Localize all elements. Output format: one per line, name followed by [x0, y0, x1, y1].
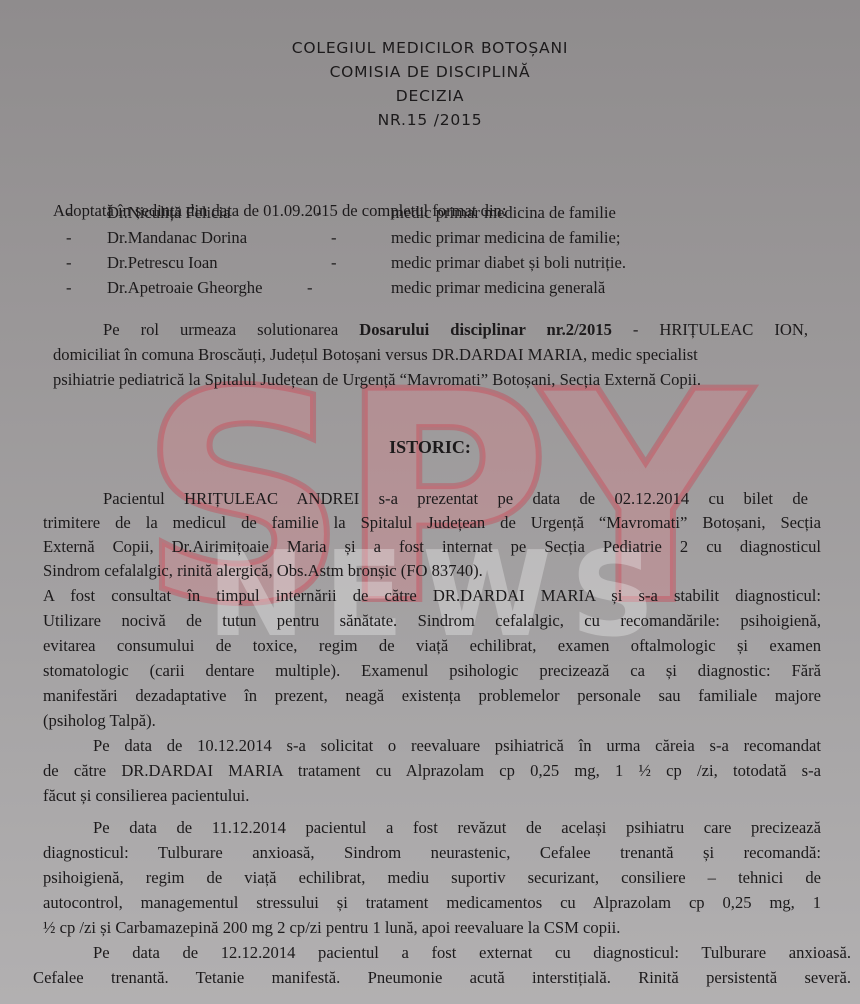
paragraph-line: stomatologic (carii dentare multiple). E…: [43, 661, 821, 681]
paragraph-line: Pe data de 11.12.2014 pacientul a fost r…: [93, 818, 821, 838]
paragraph-line: diagnosticul: Tulburare anxioasă, Sindro…: [43, 843, 821, 863]
paragraph-line: manifestări dezadaptative în prezent, ne…: [43, 686, 821, 706]
member-name: Dr.Mandanac Dorina: [107, 228, 247, 248]
paragraph-line: (psiholog Talpă).: [43, 711, 156, 731]
paragraph-line: Externă Copii, Dr.Airimițoaie Maria și a…: [43, 537, 821, 557]
paragraph-line: evitarea consumului de toxice, regim de …: [43, 636, 821, 656]
member-dash: -: [66, 253, 72, 273]
member-dash: -: [66, 278, 72, 298]
paragraph-line: Sindrom cefalalgic, rinită alergică, Obs…: [43, 561, 483, 581]
case-line-1: Pe rol urmeaza solutionarea Dosarului di…: [53, 320, 808, 340]
section-title-istoric: ISTORIC:: [0, 437, 860, 458]
paragraph-line: Pe data de 10.12.2014 s-a solicitat o re…: [93, 736, 821, 756]
document-page: SPY NEWS COLEGIUL MEDICILOR BOTOȘANI COM…: [0, 0, 860, 1004]
paragraph-line: Pe data de 12.12.2014 pacientul a fost e…: [93, 943, 851, 963]
paragraph-line: Cefalee trenantă. Tetanie manifestă. Pne…: [33, 968, 851, 988]
paragraph-line: autocontrol, managementul stressului și …: [43, 893, 821, 913]
paragraph-line: Utilizare nocivă de tutun pentru sănătat…: [43, 611, 821, 631]
case-line-3: psihiatrie pediatrică la Spitalul Județe…: [53, 370, 821, 390]
member-dash: -: [66, 228, 72, 248]
case-complainant: - HRIȚULEAC ION,: [633, 320, 808, 339]
paragraph-line: psihoigienă, regim de viață echilibrat, …: [43, 868, 821, 888]
member-role: medic primar diabet și boli nutriție.: [391, 253, 626, 273]
paragraph-line: făcut și consilierea pacientului.: [43, 786, 249, 806]
paragraph-line: Pacientul HRIȚULEAC ANDREI s-a prezentat…: [53, 489, 808, 509]
member-name: Dr.Apetroaie Gheorghe: [107, 278, 262, 298]
case-lead: Pe rol urmeaza solutionarea: [103, 320, 338, 339]
member-dash: -: [307, 278, 313, 298]
paragraph-line: de către DR.DARDAI MARIA tratament cu Al…: [43, 761, 821, 781]
case-file-number: Dosarului disciplinar nr.2/2015: [359, 320, 612, 339]
member-name: Dr.Petrescu Ioan: [107, 253, 218, 273]
member-role: medic primar medicina de familie;: [391, 228, 620, 248]
paragraph-line: A fost consultat în timpul internării de…: [43, 586, 821, 606]
paragraph-line: trimitere de la medicul de familie la Sp…: [43, 513, 821, 533]
member-dash: -: [331, 228, 337, 248]
member-dash: -: [331, 253, 337, 273]
case-line-2: domiciliat în comuna Broscăuți, Județul …: [53, 345, 808, 365]
member-role: medic primar medicina de familie: [391, 203, 616, 223]
member-name: Dr.Niculiță Felicia: [107, 203, 231, 223]
member-dash: -: [316, 203, 322, 223]
member-dash: -: [66, 203, 72, 223]
member-role: medic primar medicina generală: [391, 278, 605, 298]
paragraph-line: ½ cp /zi și Carbamazepină 200 mg 2 cp/zi…: [43, 918, 620, 938]
